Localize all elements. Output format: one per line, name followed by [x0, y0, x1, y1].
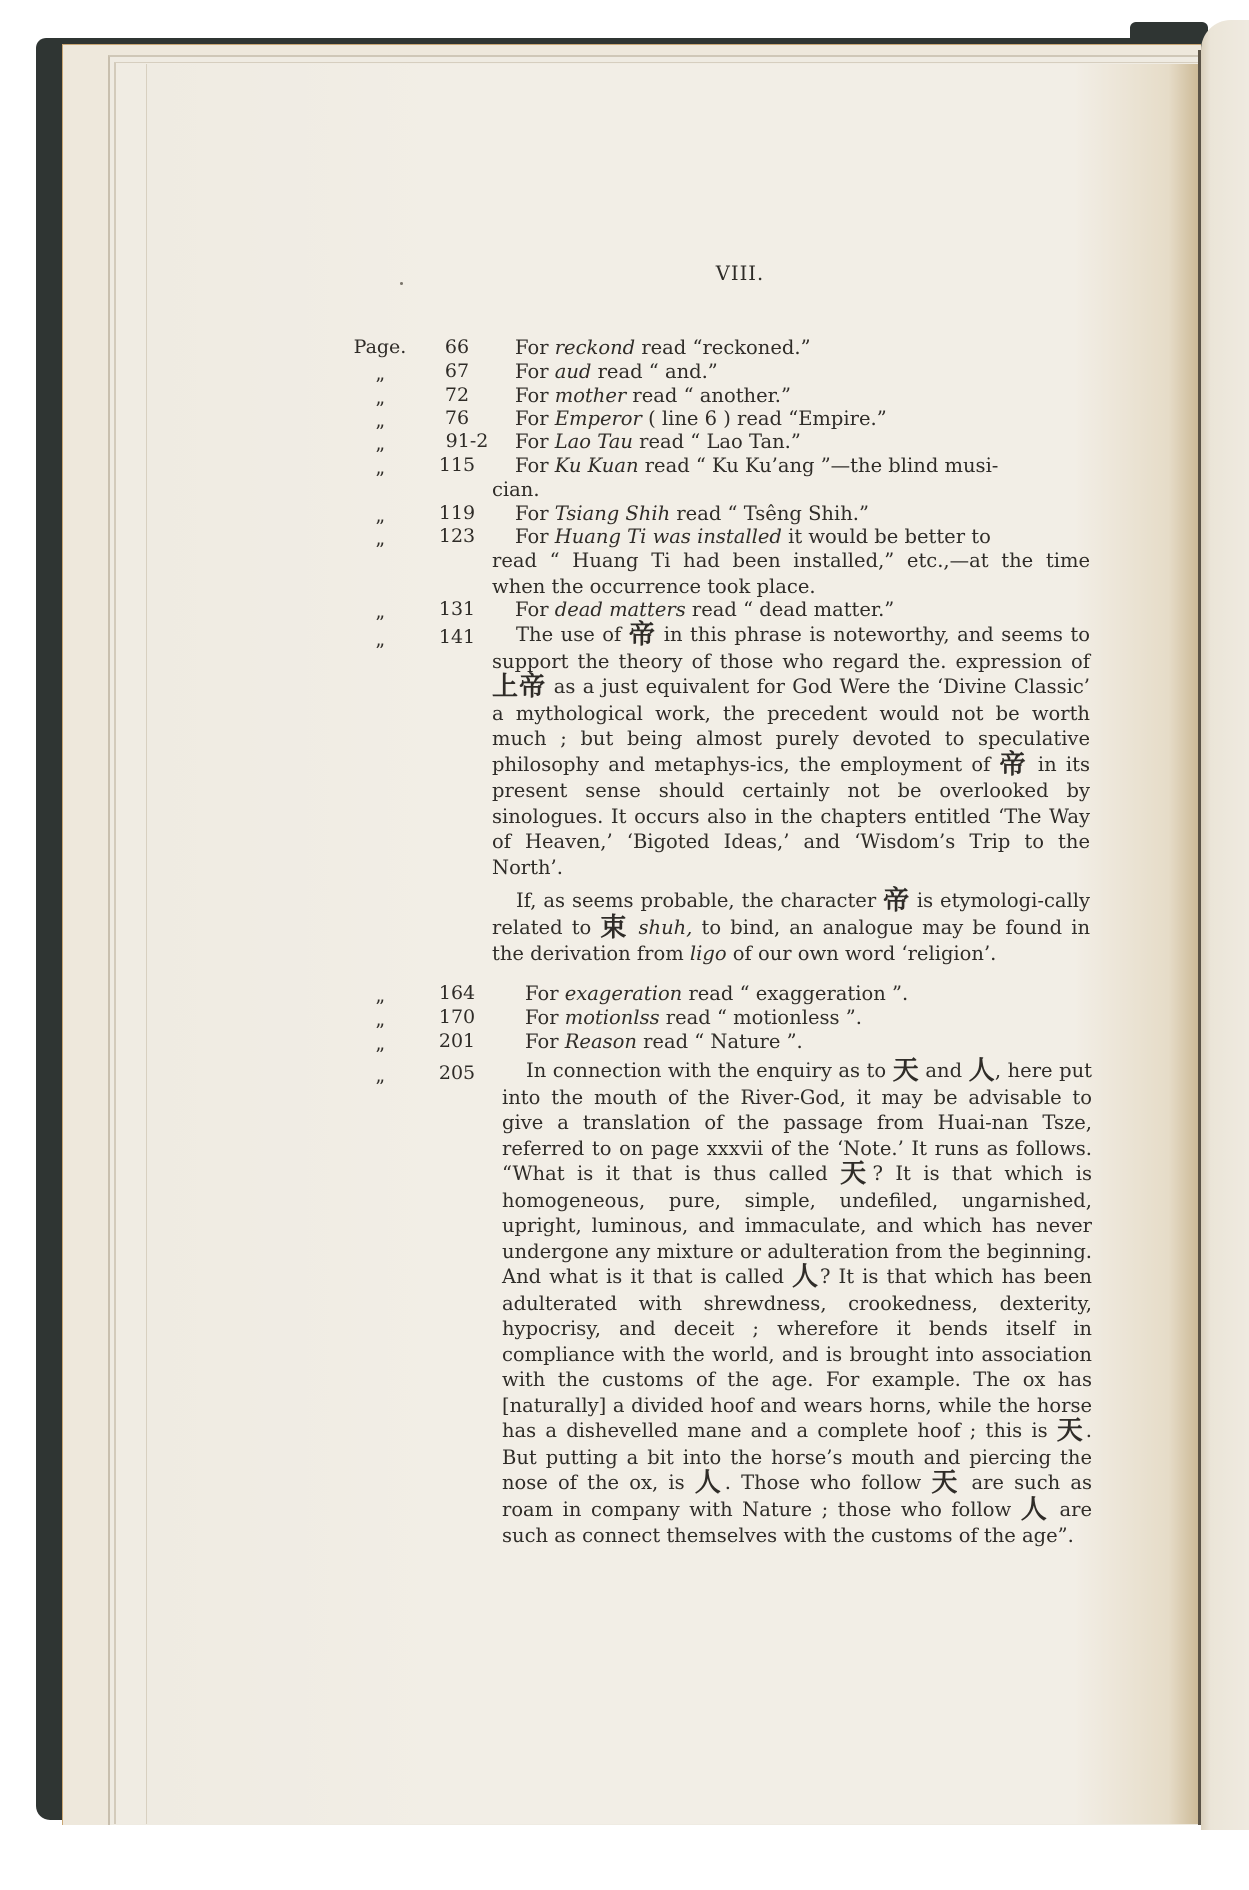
page-number: 66 [422, 336, 492, 358]
page-number: 72 [422, 384, 492, 406]
errata-text: For Ku Kuan read “ Ku Ku’ang ”—the blind… [515, 454, 1075, 477]
errata-text: For aud read “ and.” [515, 360, 1075, 383]
page-number: 164 [422, 982, 492, 1004]
ditto-mark: ” [350, 468, 410, 490]
page-label: Page. [350, 336, 410, 358]
chinese-character-ren: 人 [969, 1056, 995, 1086]
ditto-mark: ” [350, 516, 410, 538]
ditto-mark: ” [350, 1020, 410, 1042]
ditto-mark: ” [350, 1076, 410, 1098]
errata-text: For Reason read “ Nature ”. [525, 1030, 1085, 1053]
note-paragraph: If, as seems probable, the character 帝 i… [492, 888, 1090, 967]
note-205: In connection with the enquiry as to 天 a… [502, 1058, 1092, 1549]
chinese-characters-shangdi: 上帝 [492, 672, 546, 702]
errata-text: For Huang Ti was installed it would be b… [515, 525, 1075, 548]
chinese-character-shu: 束 [600, 913, 629, 943]
chinese-character-di: 帝 [629, 620, 656, 650]
errata-text: For motionlss read “ motionless ”. [525, 1006, 1085, 1029]
page-number: 123 [422, 525, 492, 547]
chinese-character-ren: 人 [1021, 1495, 1050, 1525]
errata-text: For Tsiang Shih read “ Tsêng Shih.” [515, 502, 1075, 525]
chinese-character-ren: 人 [695, 1468, 725, 1498]
chinese-character-di: 帝 [1000, 750, 1029, 780]
chinese-character-tian: 天 [840, 1159, 872, 1189]
page-number: 201 [422, 1030, 492, 1052]
facing-page [1201, 20, 1249, 1830]
ditto-mark: ” [350, 398, 410, 420]
note-141: The use of 帝 in this phrase is noteworth… [492, 622, 1090, 967]
errata-text: For dead matters read “ dead matter.” [515, 598, 1075, 621]
chinese-character-tian: 天 [931, 1468, 961, 1498]
book-gutter [1198, 50, 1201, 1825]
ditto-mark: ” [350, 640, 410, 662]
ditto-mark: ” [350, 1044, 410, 1066]
page-number: 131 [422, 598, 492, 620]
ditto-mark: ” [350, 612, 410, 634]
chinese-character-tian: 天 [893, 1056, 919, 1086]
ditto-mark: ” [350, 444, 410, 466]
ditto-mark: ” [350, 996, 410, 1018]
ditto-mark: ” [350, 374, 410, 396]
page-number: 170 [422, 1006, 492, 1028]
page-number: 67 [422, 360, 492, 382]
paper-speck [400, 282, 403, 285]
page-number: 119 [422, 502, 492, 524]
page-number: 205 [422, 1062, 492, 1084]
chinese-character-ren: 人 [792, 1262, 820, 1292]
ditto-mark: ” [350, 421, 410, 443]
page-number: 141 [422, 626, 492, 648]
errata-text: For Emperor ( line 6 ) read “Empire.” [515, 407, 1075, 430]
note-paragraph: The use of 帝 in this phrase is noteworth… [492, 622, 1090, 880]
errata-continuation: read “ Huang Ti had been installed,” etc… [492, 548, 1090, 599]
page-number: 115 [422, 454, 492, 476]
page-number: 91-2 [432, 430, 502, 452]
errata-text: For Lao Tau read “ Lao Tan.” [515, 430, 1075, 453]
errata-text: For mother read “ another.” [515, 384, 1075, 407]
errata-text: For exageration read “ exaggeration ”. [525, 982, 1085, 1005]
chinese-character-di: 帝 [883, 886, 910, 916]
note-paragraph: In connection with the enquiry as to 天 a… [502, 1058, 1092, 1549]
chinese-character-tian: 天 [1057, 1416, 1086, 1446]
ditto-mark: ” [350, 539, 410, 561]
errata-text: For reckond read “reckoned.” [515, 336, 1075, 359]
page-heading: VIII. [680, 262, 800, 285]
page-number: 76 [422, 407, 492, 429]
